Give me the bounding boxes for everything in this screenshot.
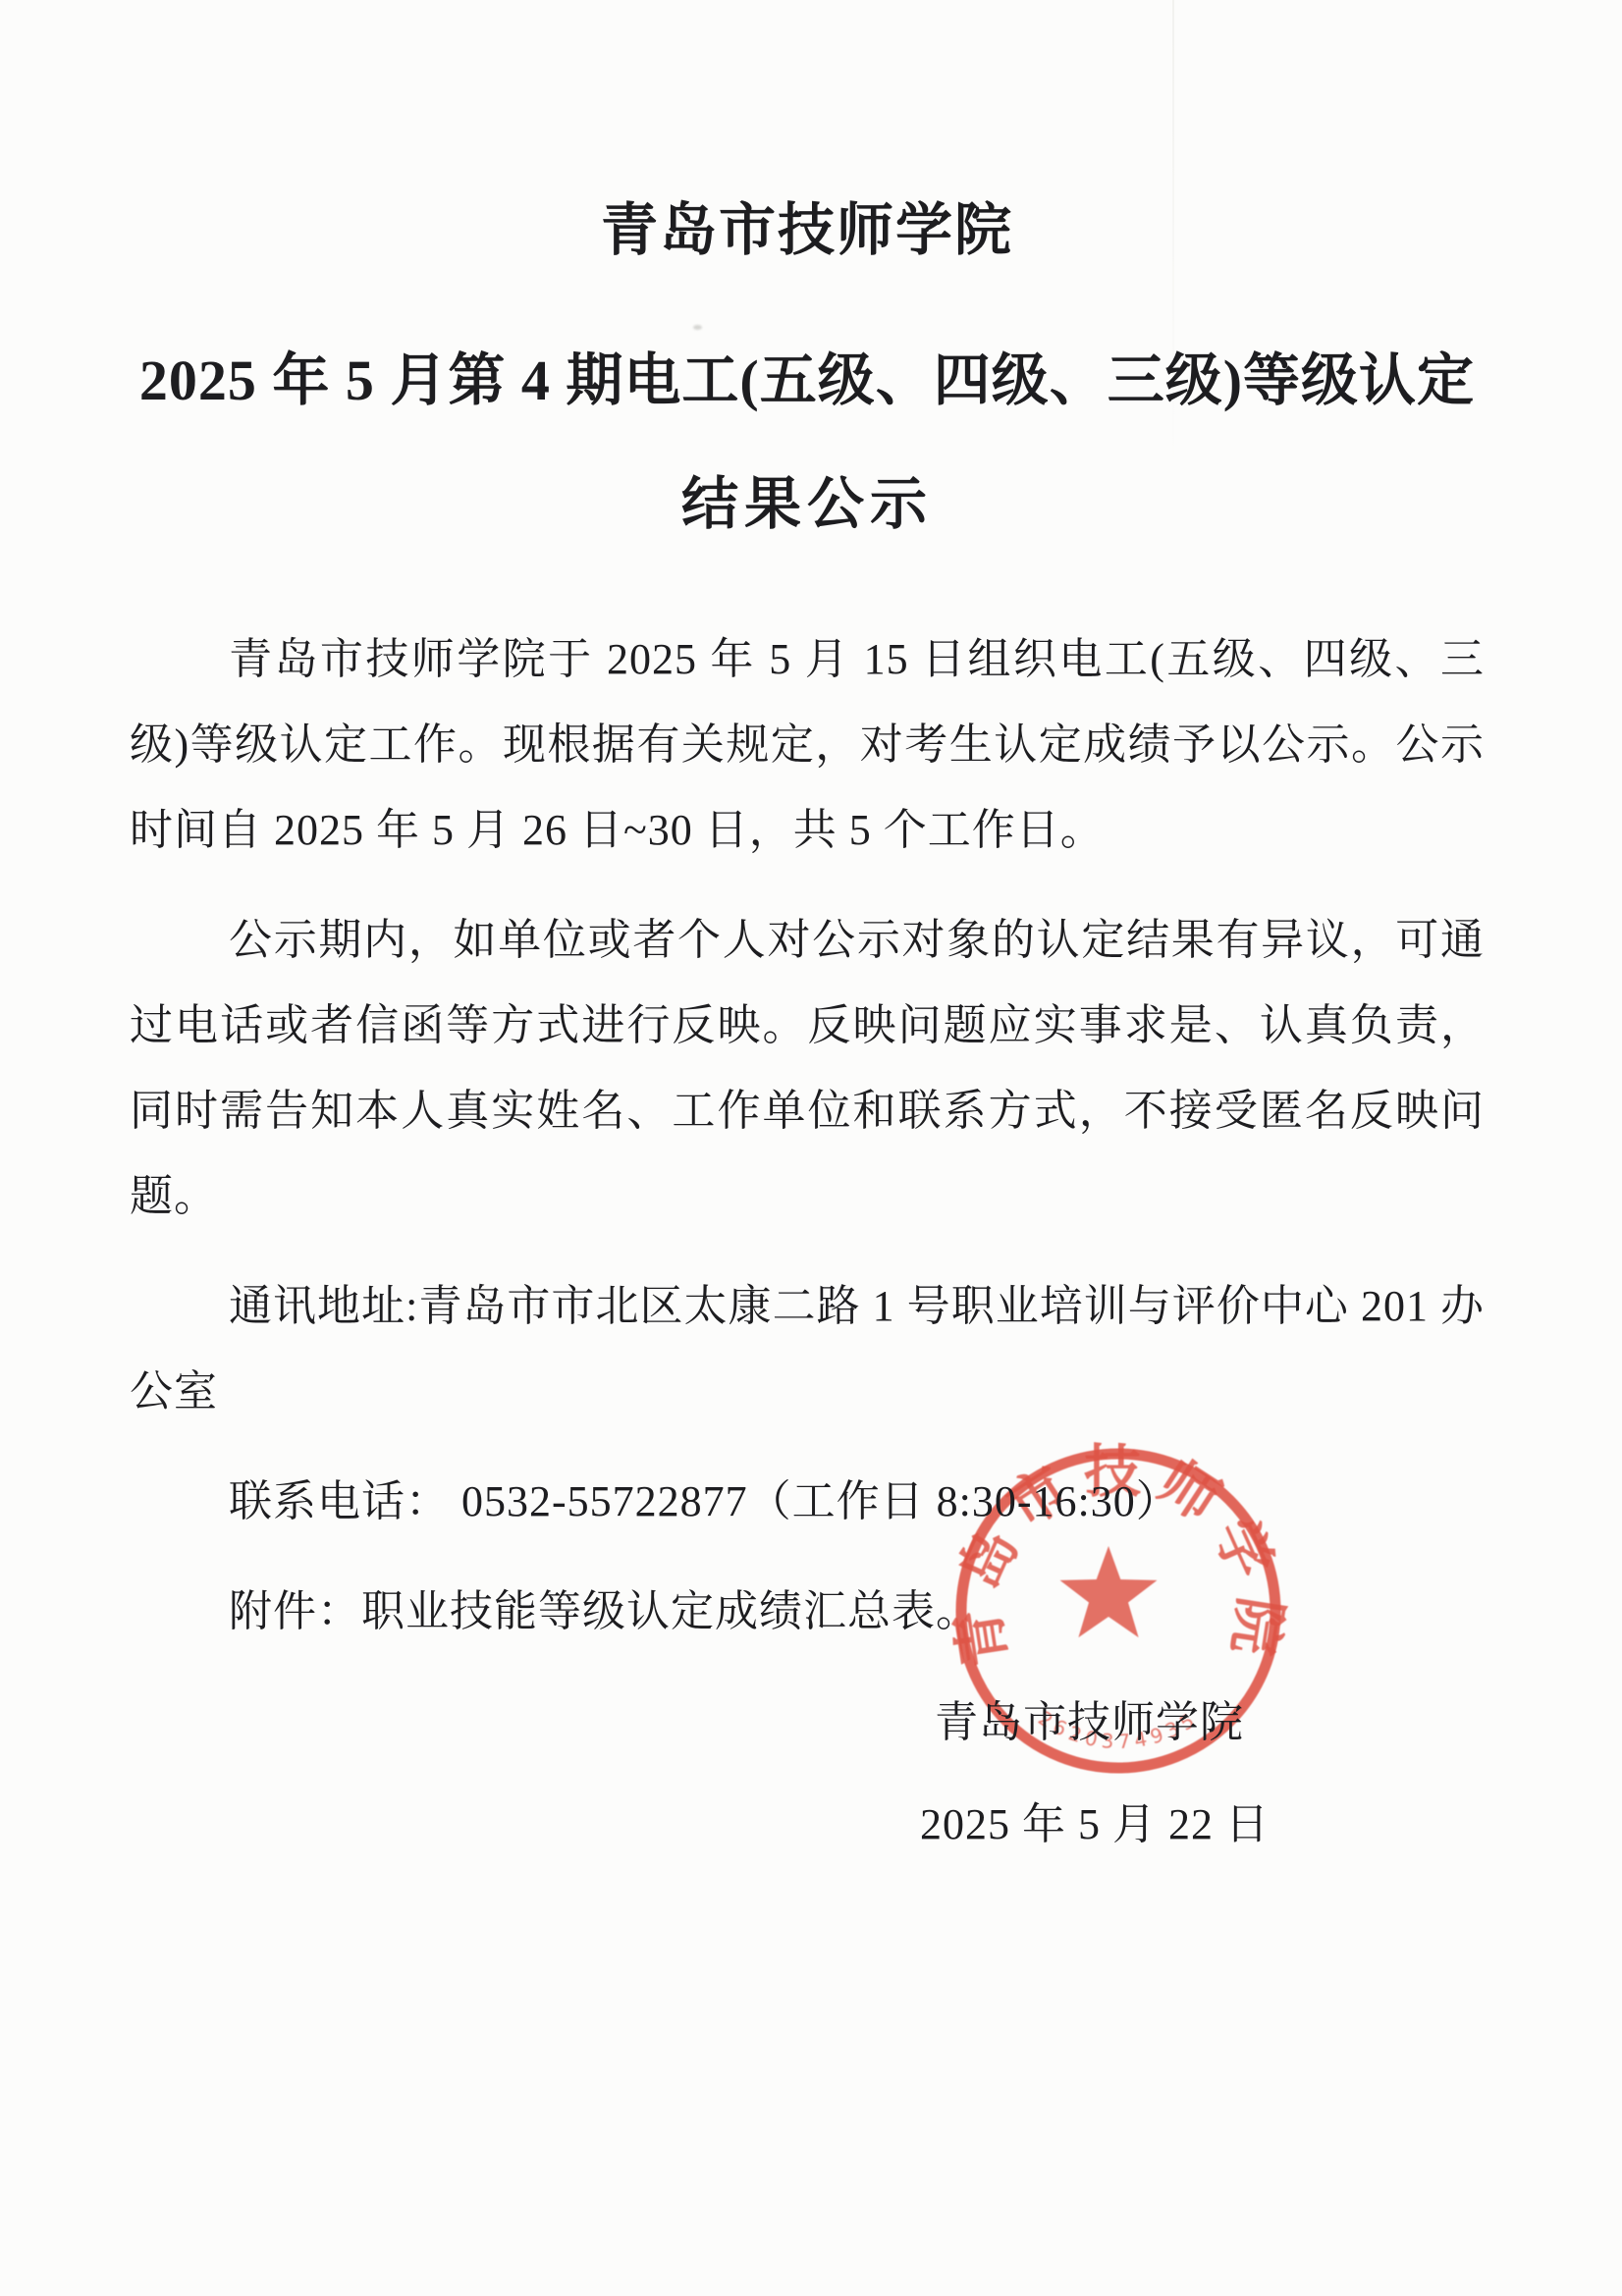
signature-date: 2025 年 5 月 22 日 — [130, 1782, 1270, 1867]
paragraph-contact-phone: 联系电话： 0532-55722877（工作日 8:30-16:30） — [130, 1459, 1485, 1544]
paragraph-objection-instructions: 公示期内，如单位或者个人对公示对象的认定结果有异议，可通过电话或者信函等方式进行… — [130, 897, 1485, 1239]
paragraph-mailing-address: 通讯地址:青岛市市北区太康二路 1 号职业培训与评价中心 201 办公室 — [130, 1263, 1485, 1434]
paragraph-exam-and-publicity-period: 青岛市技师学院于 2025 年 5 月 15 日组织电工(五级、四级、三级)等级… — [130, 616, 1485, 873]
notice-title-line1: 2025 年 5 月第 4 期电工(五级、四级、三级)等级认定 — [130, 348, 1485, 414]
org-title: 青岛市技师学院 — [130, 198, 1485, 264]
scan-artifact-speck — [693, 325, 702, 330]
signature-org-name: 青岛市技师学院 — [130, 1680, 1244, 1765]
notice-document-page: 青岛市技师学院 2025 年 5 月第 4 期电工(五级、四级、三级)等级认定 … — [0, 0, 1622, 2296]
paragraph-attachment: 附件：职业技能等级认定成绩汇总表。 — [130, 1569, 1485, 1654]
notice-title-line2: 结果公示 — [130, 472, 1485, 538]
